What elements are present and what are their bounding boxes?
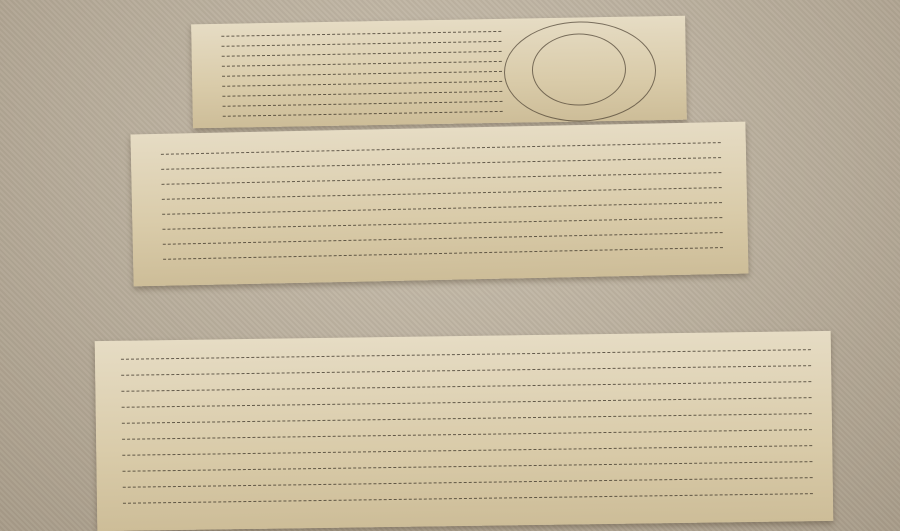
text-line	[222, 71, 502, 77]
text-line	[222, 41, 502, 47]
text-line	[223, 101, 503, 107]
text-line	[162, 217, 722, 230]
text-line	[222, 51, 502, 57]
text-line	[163, 232, 723, 245]
text-line	[222, 81, 502, 87]
text-line	[162, 202, 722, 215]
text-line	[121, 381, 811, 392]
text-line	[161, 157, 721, 170]
text-line	[122, 445, 812, 456]
manuscript-middle	[130, 122, 748, 287]
text-line	[123, 493, 813, 504]
text-line	[222, 91, 502, 97]
text-line	[122, 413, 812, 424]
text-line	[122, 397, 812, 408]
text-line	[161, 142, 721, 155]
text-line	[162, 187, 722, 200]
text-line	[221, 31, 501, 37]
text-line	[223, 111, 503, 117]
text-line	[222, 61, 502, 67]
text-line	[122, 429, 812, 440]
text-line	[163, 247, 723, 260]
text-line	[121, 365, 811, 376]
text-line	[121, 349, 811, 360]
text-line	[123, 461, 813, 472]
text-line	[162, 172, 722, 185]
text-line	[123, 477, 813, 488]
manuscript-bottom	[95, 331, 834, 531]
manuscript-top	[191, 16, 687, 129]
